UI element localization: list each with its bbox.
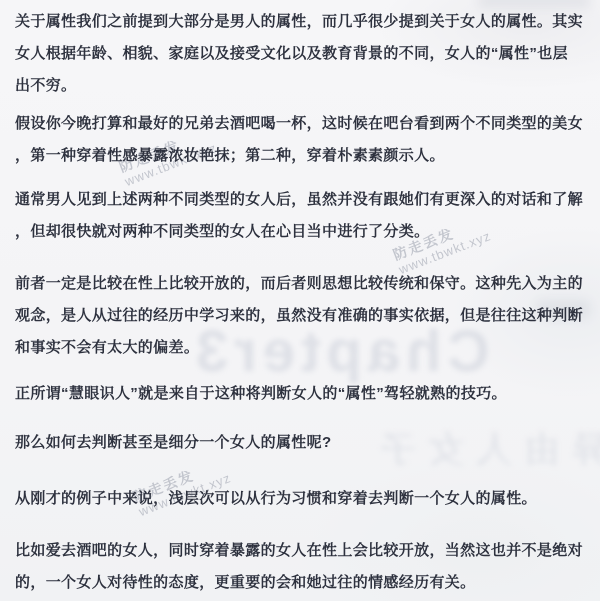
- text-line: 和事实不会有太大的偏差。: [15, 332, 594, 364]
- text-line: ，但却很快就对两种不同类型的女人在心目当中进行了分类。: [15, 216, 594, 248]
- text-line: 通常男人见到上述两种不同类型的女人后，虽然并没有跟她们有更深入的对话和了解: [15, 184, 594, 216]
- text-line: 的，一个女人对待性的态度，更重要的会和她过往的情感经历有关。: [15, 567, 594, 599]
- scanned-document-page: Chapter3 白异由人女子 防走丢发 www.tbwkt.xyz 防走丢发 …: [0, 0, 600, 601]
- text-line: 假设你今晚打算和最好的兄弟去酒吧喝一杯，这时候在吧台看到两个不同类型的美女: [15, 108, 594, 140]
- paragraph-1: 关于属性我们之前提到大部分是男人的属性，而几乎很少提到关于女人的属性。其实 女人…: [15, 6, 594, 102]
- text-line: 关于属性我们之前提到大部分是男人的属性，而几乎很少提到关于女人的属性。其实: [15, 6, 594, 38]
- text-line: 女人根据年龄、相貌、家庭以及接受文化以及教育背景的不同，女人的“属性”也层: [15, 38, 594, 70]
- text-line: 比如爱去酒吧的女人，同时穿着暴露的女人在性上会比较开放，当然这也并不是绝对: [15, 535, 594, 567]
- paragraph-8: 比如爱去酒吧的女人，同时穿着暴露的女人在性上会比较开放，当然这也并不是绝对 的，…: [15, 535, 594, 599]
- text-line: ，第一种穿着性感暴露浓妆艳抹；第二种，穿着朴素素颜示人。: [15, 140, 594, 172]
- text-line: 观念，是人从过往的经历中学习来的，虽然没有准确的事实依据，但是往往这种判断: [15, 300, 594, 332]
- text-line: 那么如何去判断甚至是细分一个女人的属性呢?: [15, 427, 594, 459]
- text-line: 正所谓“慧眼识人”就是来自于这种将判断女人的“属性”驾轻就熟的技巧。: [15, 378, 594, 410]
- paragraph-2: 假设你今晚打算和最好的兄弟去酒吧喝一杯，这时候在吧台看到两个不同类型的美女 ，第…: [15, 108, 594, 172]
- paragraph-5: 正所谓“慧眼识人”就是来自于这种将判断女人的“属性”驾轻就熟的技巧。: [15, 378, 594, 410]
- paragraph-3: 通常男人见到上述两种不同类型的女人后，虽然并没有跟她们有更深入的对话和了解 ，但…: [15, 184, 594, 248]
- paragraph-7: 从刚才的例子中来说，浅层次可以从行为习惯和穿着去判断一个女人的属性。: [15, 483, 594, 515]
- text-line: 从刚才的例子中来说，浅层次可以从行为习惯和穿着去判断一个女人的属性。: [15, 483, 594, 515]
- text-line: 出不穷。: [15, 70, 594, 102]
- text-line: 前者一定是比较在性上比较开放的，而后者则思想比较传统和保守。这种先入为主的: [15, 268, 594, 300]
- paragraph-6: 那么如何去判断甚至是细分一个女人的属性呢?: [15, 427, 594, 459]
- paragraph-4: 前者一定是比较在性上比较开放的，而后者则思想比较传统和保守。这种先入为主的 观念…: [15, 268, 594, 364]
